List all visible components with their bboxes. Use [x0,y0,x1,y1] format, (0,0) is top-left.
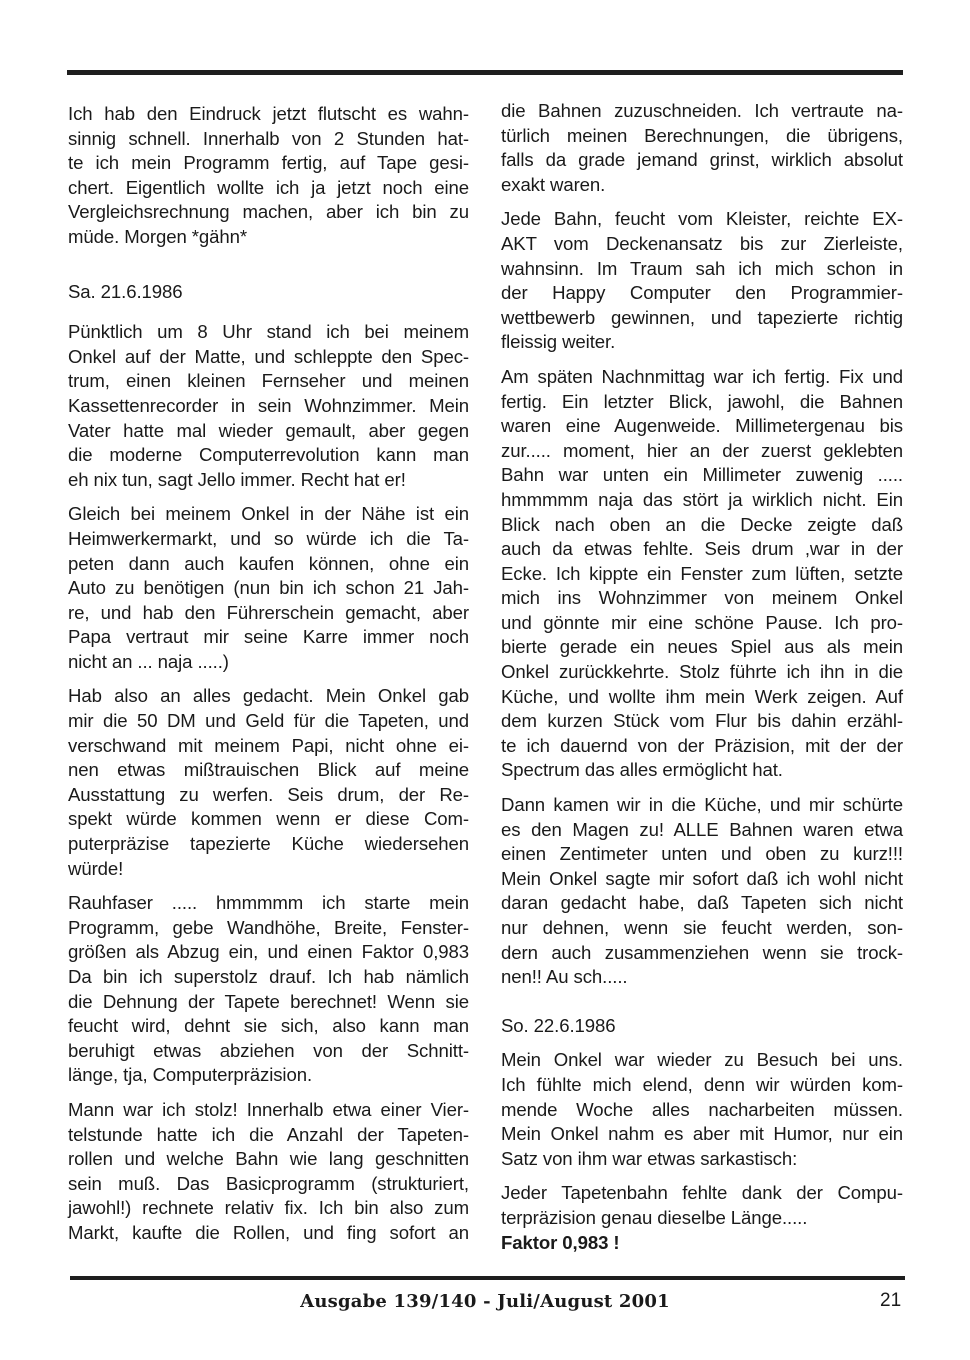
emphasis-line: Faktor 0,983 ! [501,1231,903,1256]
text-line: Hab also an alles gedacht. Mein Onkel ga… [68,684,469,709]
text-line: jawohl!) rechnete relativ fix. Ich bin a… [68,1196,469,1221]
text-line: Rauhfaser ..... hmmmmm ich starte mein [68,891,469,916]
paragraph: Jeder Tapetenbahn fehlte dank der Compu-… [501,1181,903,1255]
text-line: müde. Morgen *gähn* [68,225,469,250]
paragraph: Gleich bei meinem Onkel in der Nähe ist … [68,502,469,674]
text-line: würde! [68,857,469,882]
text-line: Kassettenrecorder in sein Wohnzimmer. Me… [68,394,469,419]
text-line: wahnsinn. Im Traum sah ich mich schon in [501,257,903,282]
text-line: Ausstattung zu werfen. Seis drum, der Re… [68,783,469,808]
text-line: dem kurzen Stück vom Flur bis dahin erzä… [501,709,903,734]
text-line: Mein Onkel war wieder zu Besuch bei uns. [501,1048,903,1073]
text-line: Spectrum das alles ermöglicht hat. [501,758,903,783]
text-line: Pünktlich um 8 Uhr stand ich bei meinem [68,320,469,345]
text-line: Küche, und wollte ihm mein Werk zeigen. … [501,685,903,710]
text-line: Bahn war unten ein Millimeter zuwenig ..… [501,463,903,488]
date-heading: So. 22.6.1986 [501,1014,903,1039]
footer-rule [70,1276,905,1280]
paragraph: Dann kamen wir in die Küche, und mir sch… [501,793,903,990]
header-rule [67,70,903,75]
text-line: exakt waren. [501,173,903,198]
paragraph: die Bahnen zuzuschneiden. Ich vertraute … [501,99,903,197]
date-text: Sa. 21.6.1986 [68,280,469,305]
text-line: Jeder Tapetenbahn fehlte dank der Compu- [501,1181,903,1206]
text-line: Mein Onkel sagte mir sofort daß ich wohl… [501,867,903,892]
text-line: Programm, gebe Wandhöhe, Breite, Fenster… [68,916,469,941]
text-line: peten dann auch kaufen können, ohne ein [68,552,469,577]
paragraph: Hab also an alles gedacht. Mein Onkel ga… [68,684,469,881]
text-line: verschwand mit meinem Papi, nicht ohne e… [68,734,469,759]
date-heading: Sa. 21.6.1986 [68,280,469,305]
text-line: mir die 50 DM und Geld für die Tapeten, … [68,709,469,734]
text-line: Am späten Nachnmittag war ich fertig. Fi… [501,365,903,390]
text-line: rollen und welche Bahn wie lang geschnit… [68,1147,469,1172]
text-line: einen Zentimeter unten und oben zu kurz!… [501,842,903,867]
paragraph: Pünktlich um 8 Uhr stand ich bei meinem … [68,320,469,492]
text-line: te ich dauernd von der Präzision, mit de… [501,734,903,759]
text-line: telstunde hatte ich die Anzahl der Tapet… [68,1123,469,1148]
text-line: Onkel auf der Matte, und schleppte den S… [68,345,469,370]
paragraph: Jede Bahn, feucht vom Kleister, reichte … [501,207,903,355]
text-line: wettbewerb gewinnen, und tapezierte rich… [501,306,903,331]
paragraph: Rauhfaser ..... hmmmmm ich starte mein P… [68,891,469,1088]
right-column: die Bahnen zuzuschneiden. Ich vertraute … [501,99,903,1265]
text-line: die moderne Computerrevolution kann man [68,443,469,468]
text-line: beruhigt etwas abziehen von der Schnitt- [68,1039,469,1064]
text-line: Markt, kaufte die Rollen, und fing sofor… [68,1221,469,1246]
text-line: puterpräzise tapezierte Küche wiedersehe… [68,832,469,857]
text-line: daran gedacht habe, daß Tapeten sich nic… [501,891,903,916]
text-line: Ich fühlte mich elend, denn wir würden k… [501,1073,903,1098]
text-line: und gönnte mir eine schöne Pause. Ich pr… [501,611,903,636]
date-text: So. 22.6.1986 [501,1014,903,1039]
text-line: nur dehnen, wenn sie feucht werden, son- [501,916,903,941]
text-line: Blick nach oben an die Decke zeigte daß [501,513,903,538]
text-line: die Dehnung der Tapete berechnet! Wenn s… [68,990,469,1015]
text-line: Heimwerkermarkt, und so würde ich die Ta… [68,527,469,552]
text-line: zur..... moment, hier an der zuerst gekl… [501,439,903,464]
text-line: nicht an ... naja .....) [68,650,469,675]
text-line: türlich meinen Berechnungen, die übrigen… [501,124,903,149]
paragraph: Mann war ich stolz! Innerhalb etwa einer… [68,1098,469,1246]
text-line: dern auch zusammenziehen wenn sie trock- [501,941,903,966]
text-line: Vater hatte mal wieder gemault, aber geg… [68,419,469,444]
text-line: länge, tja, Computerpräzision. [68,1063,469,1088]
text-line: sinnig schnell. Innerhalb von 2 Stunden … [68,127,469,152]
text-line: mende Woche alles nacharbeiten müssen. [501,1098,903,1123]
text-line: größen als Abzug ein, und einen Faktor 0… [68,940,469,965]
text-line: Papa vertraut mir seine Karre immer noch [68,625,469,650]
text-line: der Happy Computer den Programmier- [501,281,903,306]
text-line: AKT vom Deckenansatz bis zur Zierleiste, [501,232,903,257]
text-line: auch da etwas fehlte. Seis drum ,war in … [501,537,903,562]
text-line: chert. Eigentlich wollte ich ja jetzt no… [68,176,469,201]
issue-footer: Ausgabe 139/140 - Juli/August 2001 [0,1291,970,1312]
text-line: hmmmmm naja das stört ja wirklich nicht.… [501,488,903,513]
paragraph: Ich hab den Eindruck jetzt flutscht es w… [68,102,469,250]
text-line: die Bahnen zuzuschneiden. Ich vertraute … [501,99,903,124]
paragraph: Am späten Nachnmittag war ich fertig. Fi… [501,365,903,783]
text-line: spekt würde kommen wenn er diese Com- [68,807,469,832]
text-line: feucht wird, dehnt sie sich, also kann m… [68,1014,469,1039]
text-line: Ich hab den Eindruck jetzt flutscht es w… [68,102,469,127]
text-line: fertig. Ein letzter Blick, jawohl, die B… [501,390,903,415]
text-line: fleissig weiter. [501,330,903,355]
left-column: Ich hab den Eindruck jetzt flutscht es w… [68,102,469,1256]
text-line: Satz von ihm war etwas sarkastisch: [501,1147,903,1172]
text-line: Auto zu benötigen (nun bin ich schon 21 … [68,576,469,601]
text-line: Vergleichsrechnung machen, aber ich bin … [68,200,469,225]
text-line: waren eine Augenweide. Millimetergenau b… [501,414,903,439]
paragraph: Mein Onkel war wieder zu Besuch bei uns.… [501,1048,903,1171]
text-line: Mann war ich stolz! Innerhalb etwa einer… [68,1098,469,1123]
text-line: nen etwas mißtrauischen Blick auf meine [68,758,469,783]
text-line: eh nix tun, sagt Jello immer. Recht hat … [68,468,469,493]
text-line: Onkel zurückkehrte. Stolz führte ich ihn… [501,660,903,685]
text-line: nen!! Au sch..... [501,965,903,990]
text-line: re, und hab den Führerschein gemacht, ab… [68,601,469,626]
text-line: Jede Bahn, feucht vom Kleister, reichte … [501,207,903,232]
text-line: bierte gerade ein neues Spiel aus als me… [501,635,903,660]
text-line: trum, einen kleinen Fernseher und meinen [68,369,469,394]
text-line: falls da grade jemand grinst, wirklich a… [501,148,903,173]
issue-text: Ausgabe 139/140 - Juli/August 2001 [300,1291,670,1312]
text-line: terpräzision genau dieselbe Länge..... [501,1206,903,1231]
text-line: Gleich bei meinem Onkel in der Nähe ist … [68,502,469,527]
text-line: sein muß. Das Basicprogramm (strukturier… [68,1172,469,1197]
page-number: 21 [880,1290,901,1312]
text-line: Dann kamen wir in die Küche, und mir sch… [501,793,903,818]
text-line: Ecke. Ich kippte ein Fenster zum lüften,… [501,562,903,587]
text-line: Mein Onkel nahm es aber mit Humor, nur e… [501,1122,903,1147]
text-line: Da bin ich superstolz drauf. Ich hab näm… [68,965,469,990]
text-line: mich ins Wohnzimmer von meinem Onkel [501,586,903,611]
text-line: es den Magen zu! ALLE Bahnen waren etwa [501,818,903,843]
text-line: te ich mein Programm fertig, auf Tape ge… [68,151,469,176]
